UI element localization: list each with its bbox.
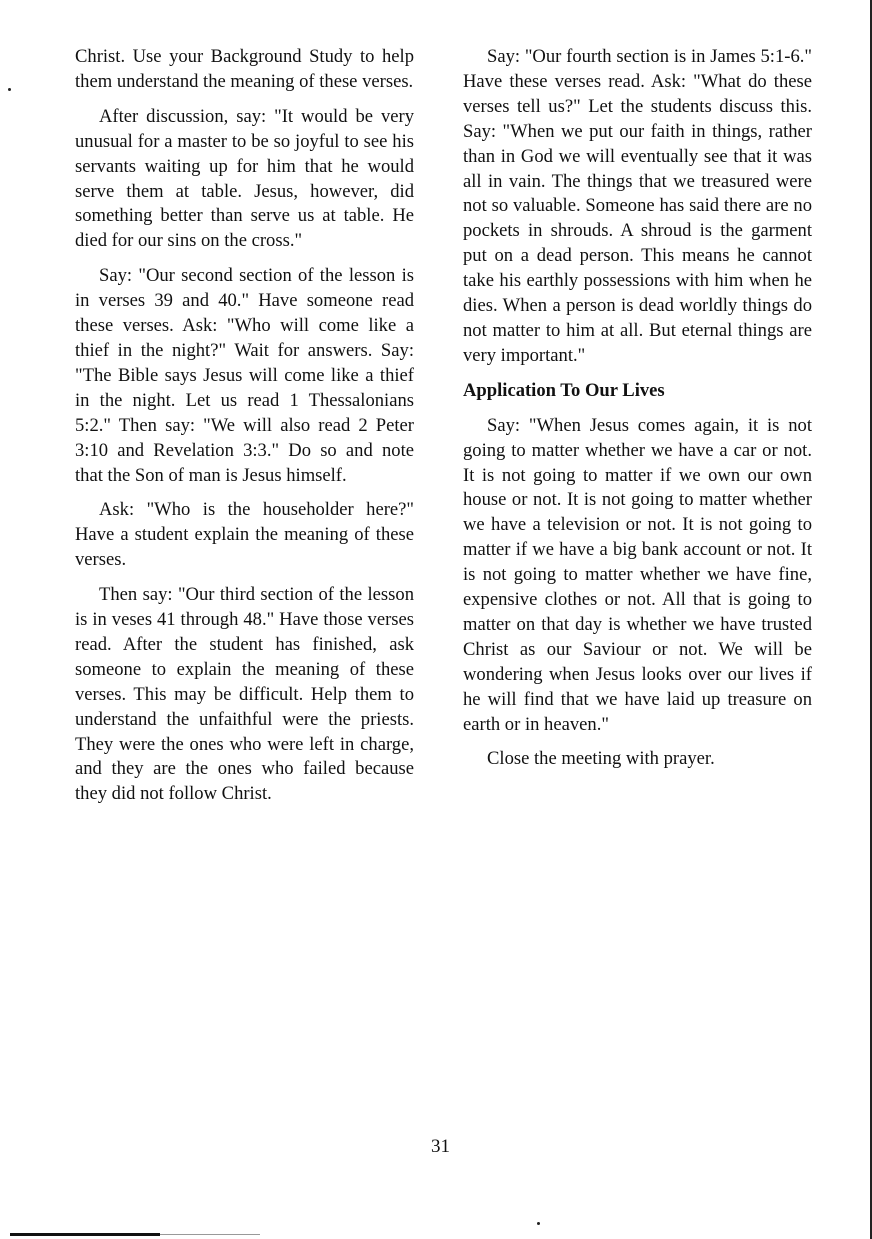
right-column: Say: "Our fourth section is in James 5:1… [463, 45, 812, 782]
paragraph: Ask: "Who is the householder here?" Have… [75, 498, 414, 573]
paragraph: Christ. Use your Background Study to hel… [75, 45, 414, 95]
paragraph: After discussion, say: "It would be very… [75, 105, 414, 254]
scan-speck [8, 88, 11, 91]
closing-paragraph: Close the meeting with prayer. [463, 747, 812, 772]
paragraph: Say: "When Jesus comes again, it is not … [463, 414, 812, 738]
paragraph: Say: "Our second section of the lesson i… [75, 264, 414, 488]
scan-bottom-rule-faint [160, 1234, 260, 1235]
scan-speck [537, 1222, 540, 1225]
section-heading: Application To Our Lives [463, 379, 812, 404]
left-column: Christ. Use your Background Study to hel… [75, 45, 414, 817]
page-number: 31 [431, 1136, 450, 1158]
paragraph: Say: "Our fourth section is in James 5:1… [463, 45, 812, 369]
scan-bottom-rule [10, 1233, 160, 1236]
paragraph: Then say: "Our third section of the less… [75, 583, 414, 807]
